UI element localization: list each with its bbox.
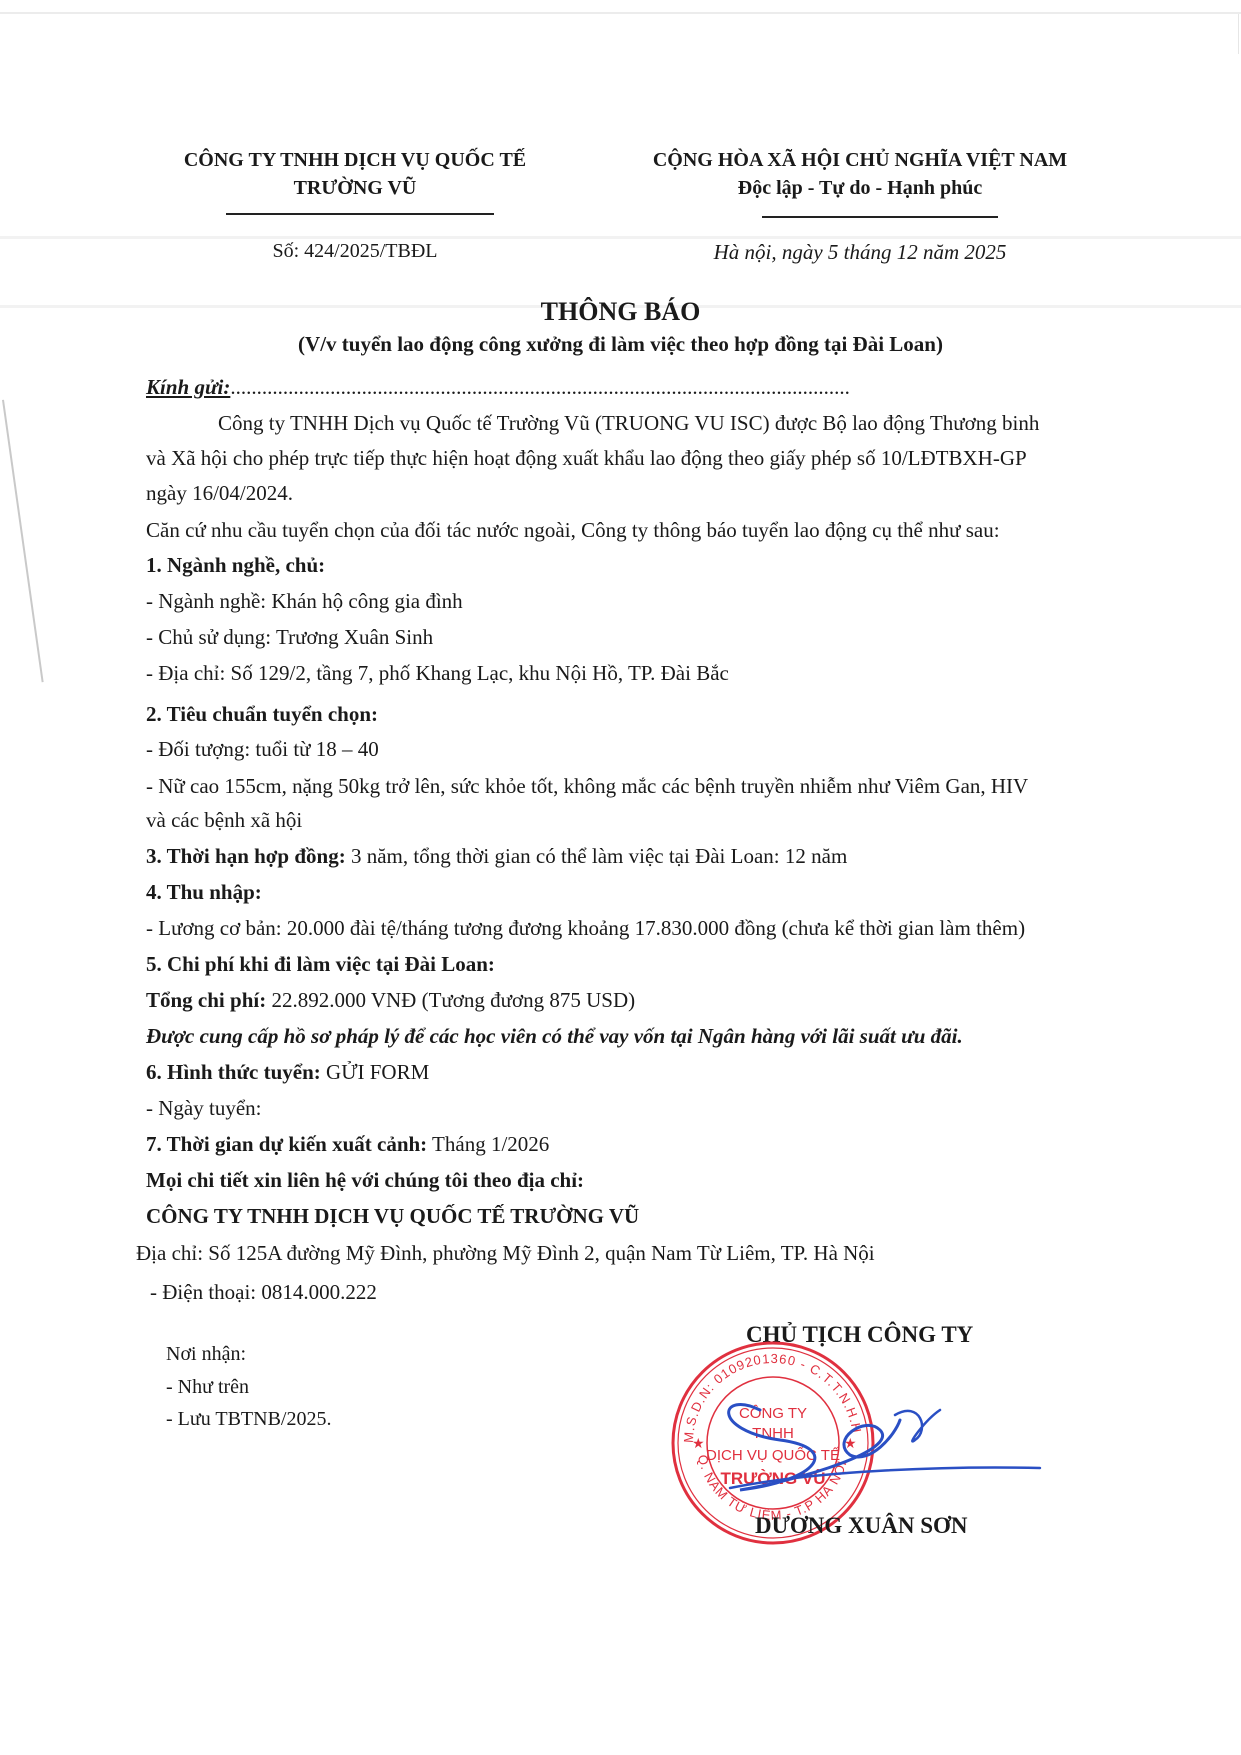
signatory-name: DƯƠNG XUÂN SƠN <box>755 1512 968 1540</box>
section-7-heading: 7. Thời gian dự kiến xuất cảnh: <box>146 1132 427 1156</box>
recipient-label: Kính gửi: <box>146 375 230 399</box>
section-1-heading: 1. Ngành nghề, chủ: <box>146 551 325 579</box>
recipients-item: - Như trên <box>166 1373 249 1401</box>
signature-icon <box>700 1370 1060 1510</box>
recipients-label: Nơi nhận: <box>166 1340 246 1368</box>
contact-lead: Mọi chi tiết xin liên hệ với chúng tôi t… <box>146 1166 584 1194</box>
section-6-value: GỬI FORM <box>321 1060 429 1084</box>
company-header: CÔNG TY TNHH DỊCH VỤ QUỐC TẾ TRƯỜNG VŨ <box>140 146 570 202</box>
document-title: THÔNG BÁO <box>0 297 1241 327</box>
recruit-date: - Ngày tuyển: <box>146 1094 261 1122</box>
header-left-rule <box>226 213 494 215</box>
section-3-heading: 3. Thời hạn hợp đồng: <box>146 844 346 868</box>
contact-company: CÔNG TY TNHH DỊCH VỤ QUỐC TẾ TRƯỜNG VŨ <box>146 1202 639 1230</box>
section-3: 3. Thời hạn hợp đồng: 3 năm, tổng thời g… <box>146 842 847 870</box>
national-motto: Độc lập - Tự do - Hạnh phúc <box>620 174 1100 202</box>
total-cost-value: 22.892.000 VNĐ (Tương đương 875 USD) <box>266 988 635 1012</box>
section-4-heading: 4. Thu nhập: <box>146 878 262 906</box>
place-date: Hà nội, ngày 5 tháng 12 năm 2025 <box>620 240 1100 265</box>
scan-edge-right <box>1238 14 1239 54</box>
section-4-item: - Lương cơ bản: 20.000 đài tệ/tháng tươn… <box>146 914 1025 942</box>
section-6-heading: 6. Hình thức tuyển: <box>146 1060 321 1084</box>
nation-name: CỘNG HÒA XÃ HỘI CHỦ NGHĨA VIỆT NAM <box>620 146 1100 174</box>
section-5-total: Tổng chi phí: 22.892.000 VNĐ (Tương đươn… <box>146 986 635 1014</box>
section-3-value: 3 năm, tổng thời gian có thể làm việc tạ… <box>346 844 848 868</box>
section-2-item: - Đối tượng: tuổi từ 18 – 40 <box>146 735 379 763</box>
intro-line-1: Công ty TNHH Dịch vụ Quốc tế Trường Vũ (… <box>218 409 1039 437</box>
recipient-line: Kính gửi:...............................… <box>146 373 850 401</box>
section-5-heading: 5. Chi phí khi đi làm việc tại Đài Loan: <box>146 950 495 978</box>
intro-basis: Căn cứ nhu cầu tuyển chọn của đối tác nư… <box>146 516 1000 544</box>
section-1-item: - Chủ sử dụng: Trương Xuân Sinh <box>146 623 433 651</box>
contact-phone: - Điện thoại: 0814.000.222 <box>150 1278 377 1306</box>
recipient-dots: ........................................… <box>230 375 850 399</box>
total-cost-label: Tổng chi phí: <box>146 988 266 1012</box>
loan-note: Được cung cấp hồ sơ pháp lý để các học v… <box>146 1022 963 1050</box>
company-name-line2: TRƯỜNG VŨ <box>140 174 570 202</box>
section-2-heading: 2. Tiêu chuẩn tuyển chọn: <box>146 700 378 728</box>
intro-line-3: ngày 16/04/2024. <box>146 479 293 507</box>
scan-band <box>0 236 1241 239</box>
section-1-item: - Địa chỉ: Số 129/2, tầng 7, phố Khang L… <box>146 659 729 687</box>
section-2-item: - Nữ cao 155cm, nặng 50kg trở lên, sức k… <box>146 772 1028 800</box>
section-6: 6. Hình thức tuyển: GỬI FORM <box>146 1058 429 1086</box>
intro-line-2: và Xã hội cho phép trực tiếp thực hiện h… <box>146 444 1027 472</box>
scan-edge-top <box>0 12 1241 14</box>
section-7: 7. Thời gian dự kiến xuất cảnh: Tháng 1/… <box>146 1130 549 1158</box>
document-subtitle: (V/v tuyển lao động công xưởng đi làm vi… <box>0 332 1241 357</box>
section-7-value: Tháng 1/2026 <box>427 1132 549 1156</box>
recipients-item: - Lưu TBTNB/2025. <box>166 1405 331 1433</box>
company-name-line1: CÔNG TY TNHH DỊCH VỤ QUỐC TẾ <box>140 146 570 174</box>
section-1-item: - Ngành nghề: Khán hộ công gia đình <box>146 587 463 615</box>
national-header: CỘNG HÒA XÃ HỘI CHỦ NGHĨA VIỆT NAM Độc l… <box>620 146 1100 202</box>
header-right-rule <box>762 216 998 218</box>
contact-address: Địa chỉ: Số 125A đường Mỹ Đình, phường M… <box>136 1239 875 1267</box>
section-2-item: và các bệnh xã hội <box>146 806 302 834</box>
scan-edge-line <box>2 400 44 683</box>
doc-number: Số: 424/2025/TBĐL <box>140 240 570 263</box>
